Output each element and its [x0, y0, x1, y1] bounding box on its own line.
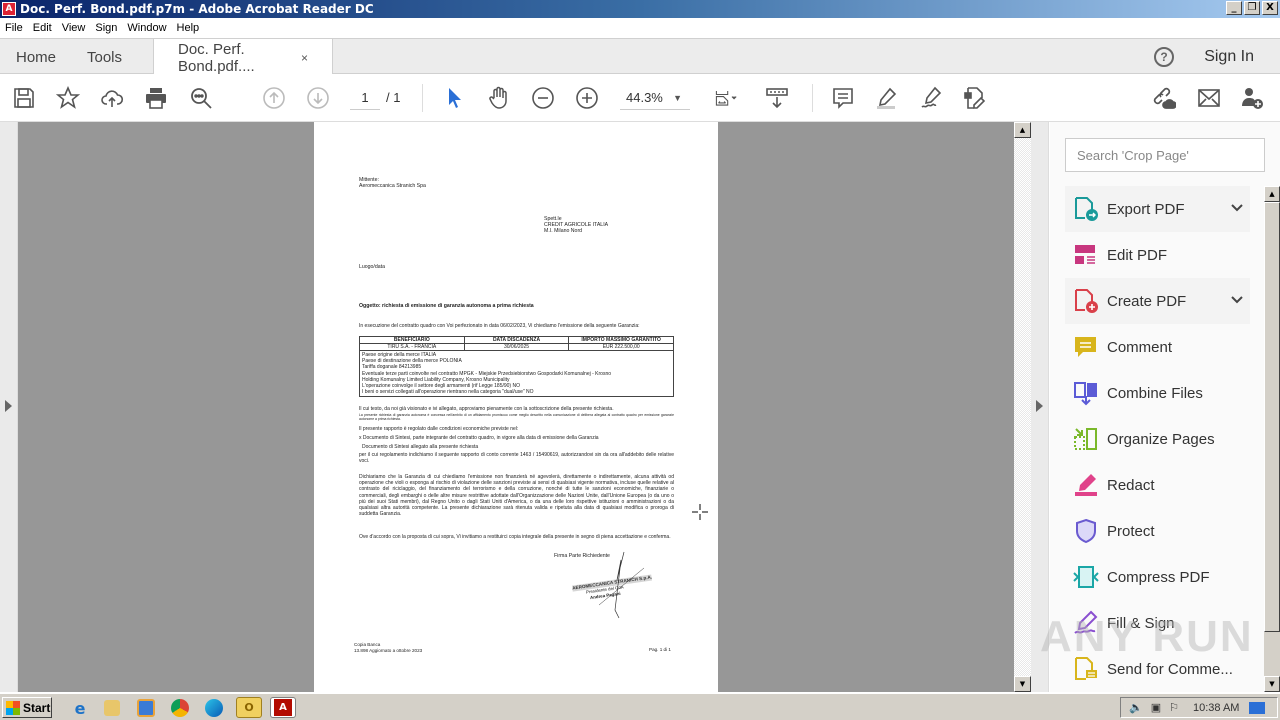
zoom-level-dropdown[interactable]: 44.3% ▼ — [620, 88, 690, 110]
chrome-icon[interactable] — [171, 699, 189, 717]
tool-export-pdf[interactable]: Export PDF — [1065, 186, 1250, 232]
table-cell: EUR 222.500,00 — [569, 344, 673, 350]
share-link-icon[interactable] — [1152, 86, 1176, 110]
guarantee-table: BENEFICIARIO DATA DISCADENZA IMPORTO MAS… — [359, 336, 674, 397]
tool-compress-pdf[interactable]: Compress PDF — [1065, 554, 1250, 600]
menu-window[interactable]: Window — [122, 22, 171, 34]
note-line: I beni o servizi collegati all'operazion… — [362, 389, 671, 395]
tab-bar: Home Tools Doc. Perf. Bond.pdf.... × ? S… — [0, 38, 1280, 74]
doc-paragraph-5: per il cui regolamento indichiamo il seg… — [359, 452, 674, 464]
save-icon[interactable] — [12, 86, 36, 110]
document-vertical-scrollbar[interactable]: ▲ ▼ — [1014, 122, 1031, 692]
doc-place-date: Luogo/data — [359, 264, 385, 270]
sign-pen-icon[interactable] — [919, 86, 943, 110]
acrobat-app-icon: A — [2, 2, 16, 16]
footer-page: Pag. 1 di 1 — [649, 647, 671, 653]
next-page-icon[interactable] — [306, 86, 330, 110]
network-icon[interactable]: ▣ — [1151, 701, 1161, 714]
email-icon[interactable] — [1197, 86, 1221, 110]
menu-help[interactable]: Help — [172, 22, 205, 34]
table-header: DATA DISCADENZA — [465, 337, 570, 343]
combine-files-icon — [1073, 380, 1099, 406]
bookmark-star-icon[interactable] — [56, 86, 80, 110]
menu-bar: File Edit View Sign Window Help — [0, 18, 1280, 38]
menu-view[interactable]: View — [57, 22, 91, 34]
toolbar: 1 / 1 44.3% ▼ — [0, 74, 1280, 122]
table-cell: 30/06/2025 — [465, 344, 570, 350]
windows-logo-icon — [6, 701, 20, 715]
edge-icon[interactable] — [205, 699, 223, 717]
toolbar-divider — [812, 84, 813, 112]
select-pointer-icon[interactable] — [443, 86, 467, 110]
zoom-out-icon[interactable] — [531, 86, 555, 110]
table-notes: Paese origine della merce ITALIA Paese d… — [360, 351, 673, 396]
footer-version: 13.898 Aggiornato a ottobre 2023 — [354, 648, 422, 654]
table-cell: TIRU S.A. - FRANCIA — [360, 344, 465, 350]
comment-icon — [1073, 334, 1099, 360]
create-pdf-icon — [1073, 288, 1099, 314]
window-title: Doc. Perf. Bond.pdf.p7m - Adobe Acrobat … — [20, 2, 374, 16]
doc-paragraph-4: Documento di Sintesi allegato alla prese… — [362, 444, 674, 450]
tool-label: Compress PDF — [1107, 569, 1210, 586]
doc-subject: Oggetto: richiesta di emissione di garan… — [359, 303, 534, 309]
organize-pages-icon — [1073, 426, 1099, 452]
tool-label: Export PDF — [1107, 201, 1185, 218]
add-user-icon[interactable] — [1240, 86, 1264, 110]
tool-protect[interactable]: Protect — [1065, 508, 1250, 554]
tab-document[interactable]: Doc. Perf. Bond.pdf.... × — [153, 39, 333, 76]
sign-in-button[interactable]: Sign In — [1204, 48, 1254, 66]
tool-redact[interactable]: Redact — [1065, 462, 1250, 508]
edit-document-icon[interactable] — [963, 86, 987, 110]
toolbar-divider — [422, 84, 423, 112]
page-number-input[interactable]: 1 — [350, 88, 380, 110]
tools-search-input[interactable]: Search 'Crop Page' — [1065, 138, 1265, 172]
tool-label: Organize Pages — [1107, 431, 1215, 448]
doc-sender: Aeromeccanica Stranich Spa — [359, 183, 426, 189]
left-panel-toggle[interactable] — [0, 122, 18, 692]
highlight-pen-icon[interactable] — [875, 86, 899, 110]
acrobat-taskbar-icon[interactable]: A — [270, 697, 296, 718]
tool-label: Edit PDF — [1107, 247, 1167, 264]
scrolling-mode-icon[interactable] — [765, 86, 789, 110]
action-center-flag-icon[interactable]: ⚐ — [1169, 701, 1179, 714]
search-zoom-icon[interactable] — [189, 86, 213, 110]
close-tab-icon[interactable]: × — [301, 51, 308, 65]
menu-edit[interactable]: Edit — [28, 22, 57, 34]
edit-pdf-icon — [1073, 242, 1099, 268]
doc-paragraph-3: x Documento di Sintesi, parte integrante… — [359, 435, 674, 441]
media-player-icon[interactable] — [137, 699, 155, 717]
scroll-up-icon[interactable]: ▲ — [1014, 122, 1031, 138]
chevron-down-icon: ▼ — [673, 88, 682, 108]
hand-tool-icon[interactable] — [487, 86, 511, 110]
tool-label: Redact — [1107, 477, 1155, 494]
pdf-page: Mittente: Aeromeccanica Stranich Spa Spe… — [314, 122, 718, 692]
tool-comment[interactable]: Comment — [1065, 324, 1250, 370]
title-bar: A Doc. Perf. Bond.pdf.p7m - Adobe Acroba… — [0, 0, 1280, 18]
start-label: Start — [23, 701, 50, 715]
doc-intro: In esecuzione del contratto quadro con V… — [359, 323, 674, 329]
menu-sign[interactable]: Sign — [90, 22, 122, 34]
chevron-down-icon[interactable] — [1230, 202, 1244, 216]
collapse-tools-pane-icon — [1036, 400, 1043, 412]
tool-label: Create PDF — [1107, 293, 1186, 310]
redact-icon — [1073, 472, 1099, 498]
previous-page-icon[interactable] — [262, 86, 286, 110]
chevron-down-icon[interactable] — [1230, 294, 1244, 308]
fit-page-icon[interactable] — [710, 86, 744, 110]
tool-label: Comment — [1107, 339, 1172, 356]
tools-scroll-down-icon[interactable]: ▼ — [1264, 676, 1280, 692]
doc-paragraph-7: Ove d'accordo con la proposta di cui sop… — [359, 534, 674, 540]
volume-icon[interactable]: 🔈 — [1129, 701, 1143, 714]
doc-paragraph-1-small: La presente richiesta di garanzia autono… — [359, 413, 674, 422]
tab-tools[interactable]: Tools — [87, 39, 122, 75]
crosshair-cursor-icon — [692, 504, 708, 520]
tool-edit-pdf[interactable]: Edit PDF — [1065, 232, 1250, 278]
protect-icon — [1073, 518, 1099, 544]
restore-button[interactable]: ❐ — [1244, 1, 1260, 15]
tools-pane-toggle[interactable] — [1031, 122, 1049, 692]
print-icon[interactable] — [144, 86, 168, 110]
file-explorer-icon[interactable] — [104, 700, 120, 716]
tool-combine-files[interactable]: Combine Files — [1065, 370, 1250, 416]
start-button[interactable]: Start — [2, 697, 52, 718]
doc-paragraph-1: Il cui testo, da noi già visionato e ivi… — [359, 406, 674, 412]
export-pdf-icon — [1073, 196, 1099, 222]
document-tab-label: Doc. Perf. Bond.pdf.... — [178, 41, 289, 75]
tool-label: Send for Comme... — [1107, 661, 1233, 678]
zoom-in-icon[interactable] — [575, 86, 599, 110]
anyrun-watermark: ANY RUN — [1040, 612, 1254, 662]
system-tray: 🔈 ▣ ⚐ 10:38 AM — [1120, 697, 1278, 718]
doc-paragraph-2: Il presente rapporto è regolato dalle co… — [359, 426, 674, 432]
menu-file[interactable]: File — [0, 22, 28, 34]
tab-home[interactable]: Home — [16, 39, 56, 75]
tool-organize-pages[interactable]: Organize Pages — [1065, 416, 1250, 462]
show-desktop-icon[interactable] — [1249, 702, 1265, 714]
doc-paragraph-6: Dichiariamo che la Garanzia di cui chied… — [359, 474, 674, 517]
internet-explorer-icon[interactable]: e — [70, 698, 90, 718]
table-header: BENEFICIARIO — [360, 337, 465, 343]
tools-scroll-thumb[interactable] — [1264, 202, 1280, 632]
outlook-icon[interactable]: O — [236, 697, 262, 718]
tools-scroll-up-icon[interactable]: ▲ — [1264, 186, 1280, 202]
minimize-button[interactable]: _ — [1226, 1, 1242, 15]
taskbar: Start e O A 🔈 ▣ ⚐ 10:38 AM — [0, 693, 1280, 720]
tool-label: Combine Files — [1107, 385, 1203, 402]
tools-pane-scrollbar[interactable]: ▲ ▼ — [1264, 186, 1280, 692]
zoom-level-value: 44.3% — [626, 90, 663, 105]
clock: 10:38 AM — [1193, 702, 1239, 714]
tool-create-pdf[interactable]: Create PDF — [1065, 278, 1250, 324]
tools-pane: Search 'Crop Page' Export PDFEdit PDFCre… — [1050, 122, 1280, 692]
doc-recipient-branch: M.I. Milano Nord — [544, 228, 582, 234]
upload-cloud-icon[interactable] — [100, 86, 124, 110]
document-canvas[interactable]: Mittente: Aeromeccanica Stranich Spa Spe… — [18, 122, 1014, 692]
tool-label: Protect — [1107, 523, 1155, 540]
page-total: / 1 — [386, 90, 400, 105]
close-window-button[interactable]: X — [1262, 1, 1278, 15]
comment-tool-icon[interactable] — [831, 86, 855, 110]
expand-left-panel-icon — [5, 400, 12, 412]
scroll-down-icon[interactable]: ▼ — [1014, 676, 1031, 692]
compress-pdf-icon — [1073, 564, 1099, 590]
table-header: IMPORTO MASSIMO GARANTITO — [569, 337, 673, 343]
help-icon[interactable]: ? — [1154, 47, 1174, 67]
